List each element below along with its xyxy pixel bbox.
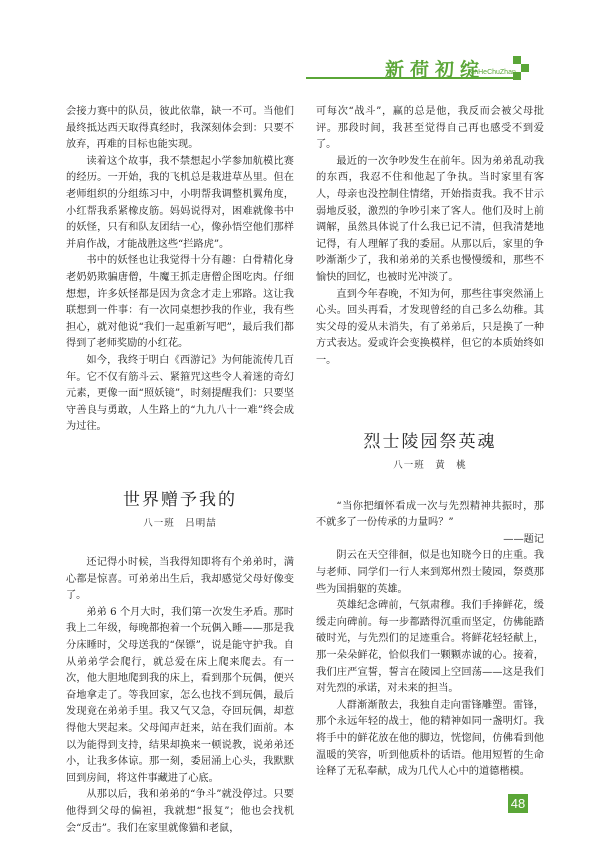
page-header: 新荷初绽 XinHeChuZhan	[0, 0, 600, 90]
paragraph: 会接力赛中的队员，彼此依靠，缺一不可。当他们最终抵达西天取得真经时，我深刻体会到…	[66, 104, 294, 154]
right-column: 可每次“战斗”，赢的总是他，我反而会被父母批评。那段时间，我甚至觉得自己再也感受…	[316, 104, 544, 781]
paragraph: 从那以后，我和弟弟的“争斗”就没停过。只要他得到父母的偏袒，我就想“报复”；他也…	[66, 787, 294, 837]
page-number: 48	[508, 794, 528, 813]
paragraph: 阴云在天空徘徊，似是也知晓今日的庄重。我与老师、同学们一行人来到郑州烈士陵园，祭…	[316, 548, 544, 598]
paragraph: 还记得小时候，当我得知即将有个弟弟时，满心都是惊喜。可弟弟出生后，我却感觉父母好…	[66, 555, 294, 605]
paragraph: 书中的妖怪也让我觉得十分有趣：白骨精化身老奶奶欺骗唐僧，牛魔王抓走唐僧企图吃肉。…	[66, 253, 294, 353]
article-title: 世界赠予我的	[66, 492, 294, 509]
article-byline: 八一班 吕明喆	[66, 516, 294, 533]
decor-square-icon	[521, 64, 529, 72]
paragraph: 直到今年春晚，不知为何，那些往事突然涌上心头。回头再看，才发现曾经的自己多么幼稚…	[316, 287, 544, 370]
paragraph: 读着这个故事，我不禁想起小学参加航模比赛的经历。一开始，我的飞机总是栽进草丛里。…	[66, 154, 294, 254]
paragraph: 弟弟 6 个月大时，我们第一次发生矛盾。那时我上二年级，每晚都抱着一个玩偶入睡—…	[66, 605, 294, 788]
left-column: 会接力赛中的队员，彼此依靠，缺一不可。当他们最终抵达西天取得真经时，我深刻体会到…	[66, 104, 294, 837]
article-title: 烈士陵园祭英魂	[316, 434, 544, 451]
decor-square-icon	[513, 56, 521, 64]
decor-square-icon	[513, 72, 521, 80]
paragraph: 人群渐渐散去，我独自走向雷锋雕塑。雷锋，那个永远年轻的战士，他的精神如同一盏明灯…	[316, 698, 544, 781]
epigraph: “当你把缅怀看成一次与先烈精神共振时，那不就多了一份传承的力量吗？”	[316, 499, 544, 532]
paragraph: 可每次“战斗”，赢的总是他，我反而会被父母批评。那段时间，我甚至觉得自己再也感受…	[316, 104, 544, 154]
paragraph: 最近的一次争吵发生在前年。因为弟弟乱动我的东西，我忍不住和他起了争执。当时家里有…	[316, 154, 544, 287]
paragraph: 如今，我终于明白《西游记》为何能流传几百年。它不仅有筋斗云、紧箍咒这些令人着迷的…	[66, 353, 294, 436]
paragraph: 英雄纪念碑前，气氛肃穆。我们手捧鲜花，缓缓走向碑前。每一步都踏得沉重而坚定，仿佛…	[316, 598, 544, 698]
section-pinyin: XinHeChuZhan	[468, 69, 516, 76]
epigraph-attribution: ——题记	[316, 532, 544, 549]
article-byline: 八一班 黄 桃	[316, 458, 544, 475]
